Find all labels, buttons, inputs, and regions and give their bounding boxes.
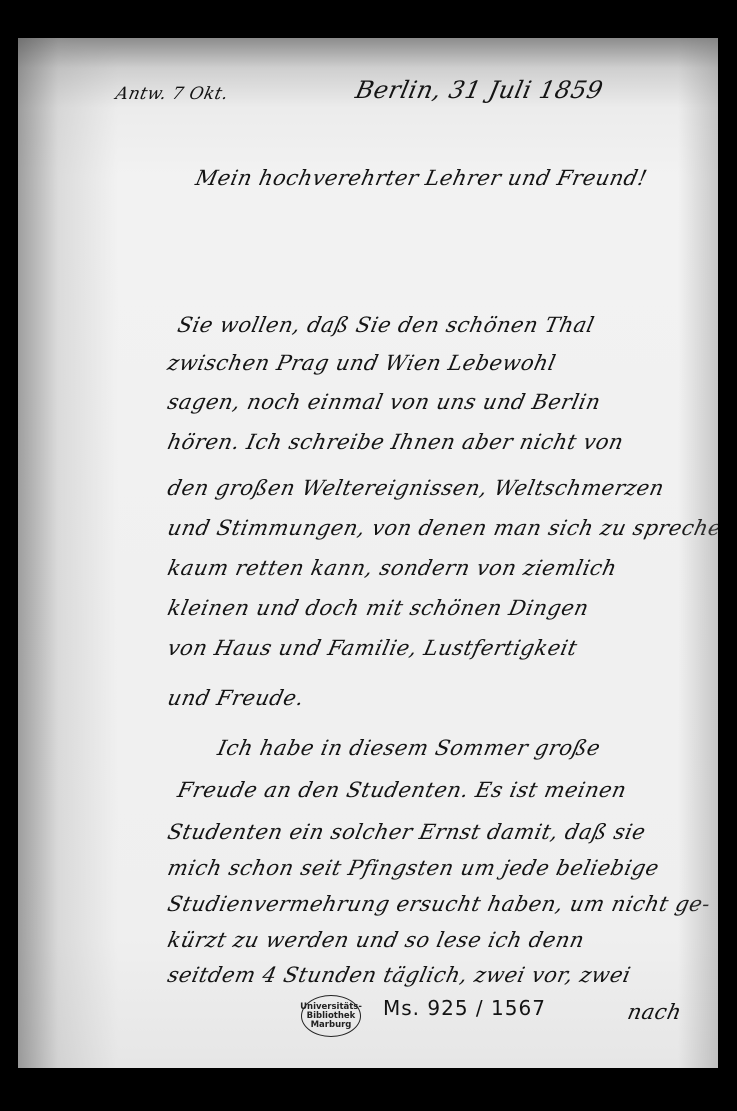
body-line: kleinen und doch mit schönen Dingen <box>165 596 591 620</box>
body-line: Freude an den Studenten. Es ist meinen <box>175 778 628 802</box>
body-line: Ich habe in diesem Sommer große <box>215 736 602 760</box>
catchword: nach <box>625 1000 683 1024</box>
library-stamp: Universitäts- Bibliothek Marburg <box>301 995 361 1037</box>
body-line: und Stimmungen, von denen man sich zu sp… <box>165 516 718 540</box>
salutation: Mein hochverehrter Lehrer und Freund! <box>193 166 649 190</box>
body-line: Sie wollen, daß Sie den schönen Thal <box>175 313 596 337</box>
body-line: von Haus und Familie, Lustfertigkeit <box>165 636 579 660</box>
body-line: zwischen Prag und Wien Lebewohl <box>165 351 558 375</box>
letter-page: Antw. 7 Okt. Berlin, 31 Juli 1859 Mein h… <box>18 38 718 1068</box>
body-line: hören. Ich schreibe Ihnen aber nicht von <box>165 430 625 454</box>
body-line: den großen Weltereignissen, Weltschmerze… <box>165 476 666 500</box>
shelfmark: Ms. 925 / 1567 <box>383 996 546 1020</box>
body-line: und Freude. <box>165 686 306 710</box>
body-line: kaum retten kann, sondern von ziemlich <box>165 556 619 580</box>
margin-note: Antw. 7 Okt. <box>114 84 230 104</box>
stamp-line: Marburg <box>311 1021 352 1030</box>
body-line: seitdem 4 Stunden täglich, zwei vor, zwe… <box>165 963 633 987</box>
body-line: Studienvermehrung ersucht haben, um nich… <box>165 892 712 916</box>
body-line: kürzt zu werden und so lese ich denn <box>165 928 586 952</box>
body-line: mich schon seit Pfingsten um jede belieb… <box>165 856 661 880</box>
dateline: Berlin, 31 Juli 1859 <box>353 76 606 104</box>
body-line: sagen, noch einmal von uns und Berlin <box>165 390 603 414</box>
body-line: Studenten ein solcher Ernst damit, daß s… <box>165 820 648 844</box>
